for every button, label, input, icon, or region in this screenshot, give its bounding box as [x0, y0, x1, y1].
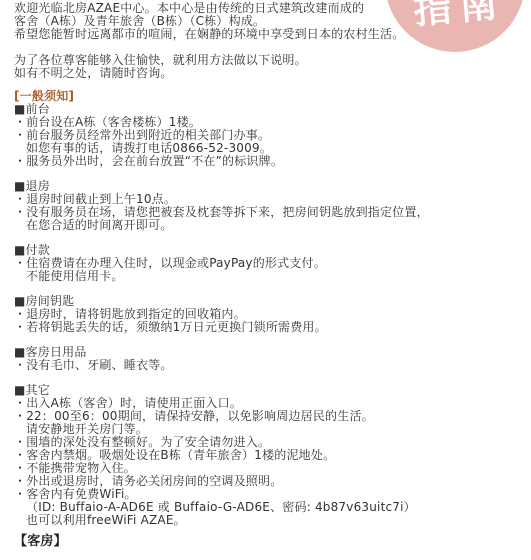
- notice-line: ・若将钥匙丢失的话，须缴纳1万日元更换门锁所需费用。: [14, 321, 531, 334]
- notice-line: 不能使用信用卡。: [14, 270, 531, 283]
- notice-line: 也可以利用freeWiFi AZAE。: [14, 514, 531, 527]
- general-notice-heading: [一般须知]: [14, 90, 531, 103]
- intro-paragraph-2: 为了各位尊客能够入住愉快，就利用方法做以下说明。 如有不明之处，请随时咨询。: [14, 54, 531, 80]
- guesthouse-guide-document: 欢迎光临北房AZAE中心。本中心是由传统的日式建筑改建而成的 客舍（A栋）及青年…: [0, 0, 531, 548]
- intro-line: 希望您能暂时远离都市的喧闹，在娴静的环境中享受到日本的农村生活。: [14, 28, 531, 41]
- notice-section: ■房间钥匙・退房时，请将钥匙放到指定的回收箱内。・若将钥匙丢失的话，须缴纳1万日…: [14, 295, 531, 334]
- general-sections: ■前台・前台设在A栋（客舍楼栋）1楼。・前台服务员经常外出到附近的相关部门办事。…: [14, 103, 531, 527]
- notice-section: ■其它・出入A栋（客舍）时，请使用正面入口。・22：00至6：00期间，请保持安…: [14, 384, 531, 527]
- notice-line: 在您合适的时间离开即可。: [14, 219, 531, 232]
- notice-section: ■前台・前台设在A栋（客舍楼栋）1楼。・前台服务员经常外出到附近的相关部门办事。…: [14, 103, 531, 168]
- intro-line: 如有不明之处，请随时咨询。: [14, 67, 531, 80]
- intro-paragraph-1: 欢迎光临北房AZAE中心。本中心是由传统的日式建筑改建而成的 客舍（A栋）及青年…: [14, 2, 531, 41]
- notice-section: ■付款・住宿费请在办理入住时，以现金或PayPay的形式支付。不能使用信用卡。: [14, 244, 531, 283]
- notice-line: ・没有毛巾、牙刷、睡衣等。: [14, 359, 531, 372]
- notice-section: ■退房・退房时间截止到上午10点。・没有服务员在场，请您把被套及枕套等拆下来，把…: [14, 180, 531, 232]
- notice-section: ■客房日用品・没有毛巾、牙刷、睡衣等。: [14, 346, 531, 372]
- guest-room-heading: 【客房】: [14, 535, 531, 548]
- notice-line: ・服务员外出时，会在前台放置“不在”的标识牌。: [14, 155, 531, 168]
